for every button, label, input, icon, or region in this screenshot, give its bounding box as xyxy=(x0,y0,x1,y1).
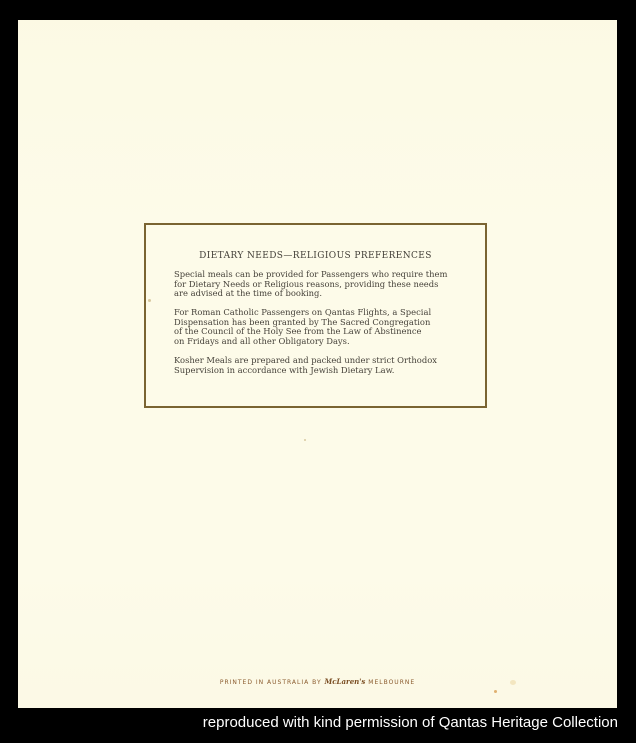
printer-logo: McLaren's xyxy=(325,677,366,686)
paper-speck xyxy=(304,439,306,441)
notice-paragraph-kosher-meals: Kosher Meals are prepared and packed und… xyxy=(174,356,463,375)
notice-body: Special meals can be provided for Passen… xyxy=(174,270,463,385)
notice-title: DIETARY NEEDS—RELIGIOUS PREFERENCES xyxy=(146,251,485,261)
paper-speck xyxy=(494,690,497,693)
paper-speck xyxy=(510,680,516,685)
permission-caption: reproduced with kind permission of Qanta… xyxy=(203,714,618,731)
imprint-prefix: PRINTED IN AUSTRALIA BY xyxy=(220,679,322,686)
dietary-notice-box: DIETARY NEEDS—RELIGIOUS PREFERENCES Spec… xyxy=(144,223,487,408)
printer-imprint: PRINTED IN AUSTRALIA BY McLaren's MELBOU… xyxy=(18,677,617,686)
paper-speck xyxy=(148,299,151,302)
menu-page: DIETARY NEEDS—RELIGIOUS PREFERENCES Spec… xyxy=(18,20,617,708)
notice-paragraph-special-meals: Special meals can be provided for Passen… xyxy=(174,270,463,299)
notice-paragraph-catholic-dispensation: For Roman Catholic Passengers on Qantas … xyxy=(174,308,463,346)
imprint-suffix: MELBOURNE xyxy=(368,679,415,686)
